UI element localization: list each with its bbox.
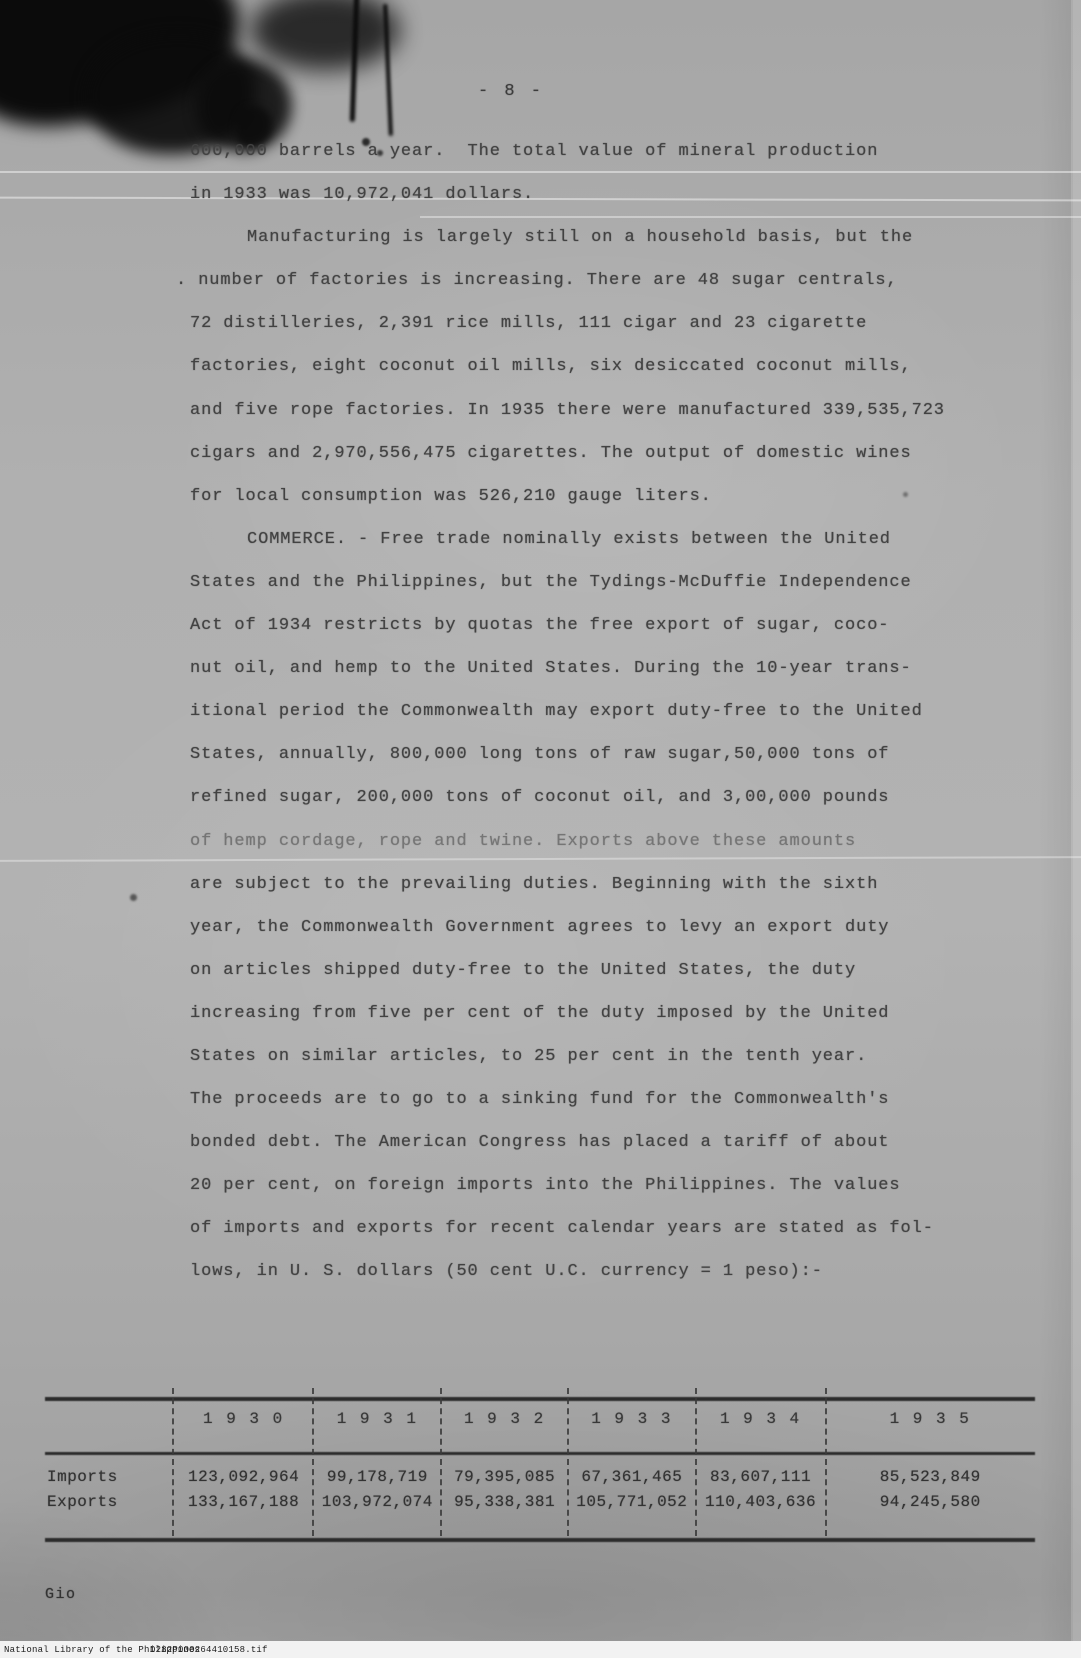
table-header-year: 1 9 3 0 xyxy=(174,1410,314,1428)
body-line: on articles shipped duty-free to the Uni… xyxy=(190,961,960,1004)
body-line: of imports and exports for recent calend… xyxy=(190,1219,960,1262)
table-header-year: 1 9 3 1 xyxy=(313,1410,441,1428)
body-line-commerce-heading: COMMERCE. - Free trade nominally exists … xyxy=(190,530,960,573)
body-line: States, annually, 800,000 long tons of r… xyxy=(190,745,960,788)
table-rule-header xyxy=(45,1452,1035,1455)
page-bottom-mark: Gio xyxy=(45,1586,77,1603)
body-line: of hemp cordage, rope and twine. Exports… xyxy=(190,832,960,875)
body-line: States and the Philippines, but the Tydi… xyxy=(190,573,960,616)
page-number: - 8 - xyxy=(478,82,544,101)
exports-value: 95,338,381 xyxy=(441,1493,568,1511)
scanned-document-page: - 8 - 600,000 barrels a year. The total … xyxy=(0,0,1081,1658)
body-line: Act of 1934 restricts by quotas the free… xyxy=(190,616,960,659)
imports-value: 85,523,849 xyxy=(825,1468,1035,1486)
exports-value: 133,167,188 xyxy=(174,1493,314,1511)
body-line: and five rope factories. In 1935 there w… xyxy=(190,401,960,444)
ink-speck xyxy=(130,894,137,901)
table-header-row: 1 9 3 0 1 9 3 1 1 9 3 2 1 9 3 3 1 9 3 4 … xyxy=(45,1410,1035,1428)
exports-value: 94,245,580 xyxy=(825,1493,1035,1511)
body-line: cigars and 2,970,556,475 cigarettes. The… xyxy=(190,444,960,487)
ink-stain xyxy=(250,0,400,70)
body-line: The proceeds are to go to a sinking fund… xyxy=(190,1090,960,1133)
table-header-year: 1 9 3 4 xyxy=(696,1410,826,1428)
body-line: 600,000 barrels a year. The total value … xyxy=(190,142,960,185)
exports-value: 103,972,074 xyxy=(313,1493,441,1511)
table-header-year: 1 9 3 3 xyxy=(568,1410,696,1428)
body-line: bonded debt. The American Congress has p… xyxy=(190,1133,960,1176)
body-line: refined sugar, 200,000 tons of coconut o… xyxy=(190,788,960,831)
scan-footer: National Library of the Philippines D282… xyxy=(0,1641,1081,1658)
document-body: 600,000 barrels a year. The total value … xyxy=(190,142,960,1306)
table-header-year: 1 9 3 2 xyxy=(441,1410,568,1428)
body-line: 72 distilleries, 2,391 rice mills, 111 c… xyxy=(190,314,960,357)
body-line: increasing from five per cent of the dut… xyxy=(190,1004,960,1047)
body-line: for local consumption was 526,210 gauge … xyxy=(190,487,960,530)
body-line: States on similar articles, to 25 per ce… xyxy=(190,1047,960,1090)
imports-value: 67,361,465 xyxy=(568,1468,696,1486)
table-rule-top xyxy=(45,1397,1035,1401)
imports-exports-table: 1 9 3 0 1 9 3 1 1 9 3 2 1 9 3 3 1 9 3 4 … xyxy=(45,1388,1035,1544)
row-label: Imports xyxy=(45,1468,174,1486)
body-line: nut oil, and hemp to the United States. … xyxy=(190,659,960,702)
imports-value: 99,178,719 xyxy=(313,1468,441,1486)
footer-filename: D282P000264410158.tif xyxy=(150,1645,268,1655)
table-row-imports: Imports 123,092,964 99,178,719 79,395,08… xyxy=(45,1468,1035,1486)
body-line: are subject to the prevailing duties. Be… xyxy=(190,875,960,918)
exports-value: 110,403,636 xyxy=(696,1493,826,1511)
page-edge-shadow xyxy=(1039,0,1073,1658)
body-line: in 1933 was 10,972,041 dollars. xyxy=(190,185,960,228)
body-line: lows, in U. S. dollars (50 cent U.C. cur… xyxy=(190,1262,960,1305)
table-header-spacer xyxy=(45,1410,174,1428)
imports-value: 123,092,964 xyxy=(174,1468,314,1486)
table-header-year: 1 9 3 5 xyxy=(825,1410,1035,1428)
imports-value: 83,607,111 xyxy=(696,1468,826,1486)
body-line: . number of factories is increasing. The… xyxy=(176,271,960,314)
body-line: factories, eight coconut oil mills, six … xyxy=(190,357,960,400)
body-line: year, the Commonwealth Government agrees… xyxy=(190,918,960,961)
page-right-edge xyxy=(1071,0,1081,1658)
table-row-exports: Exports 133,167,188 103,972,074 95,338,3… xyxy=(45,1493,1035,1511)
row-label: Exports xyxy=(45,1493,174,1511)
body-line: 20 per cent, on foreign imports into the… xyxy=(190,1176,960,1219)
table-rule-bottom xyxy=(45,1538,1035,1542)
body-line: Manufacturing is largely still on a hous… xyxy=(190,228,960,271)
body-line: itional period the Commonwealth may expo… xyxy=(190,702,960,745)
imports-value: 79,395,085 xyxy=(441,1468,568,1486)
exports-value: 105,771,052 xyxy=(568,1493,696,1511)
